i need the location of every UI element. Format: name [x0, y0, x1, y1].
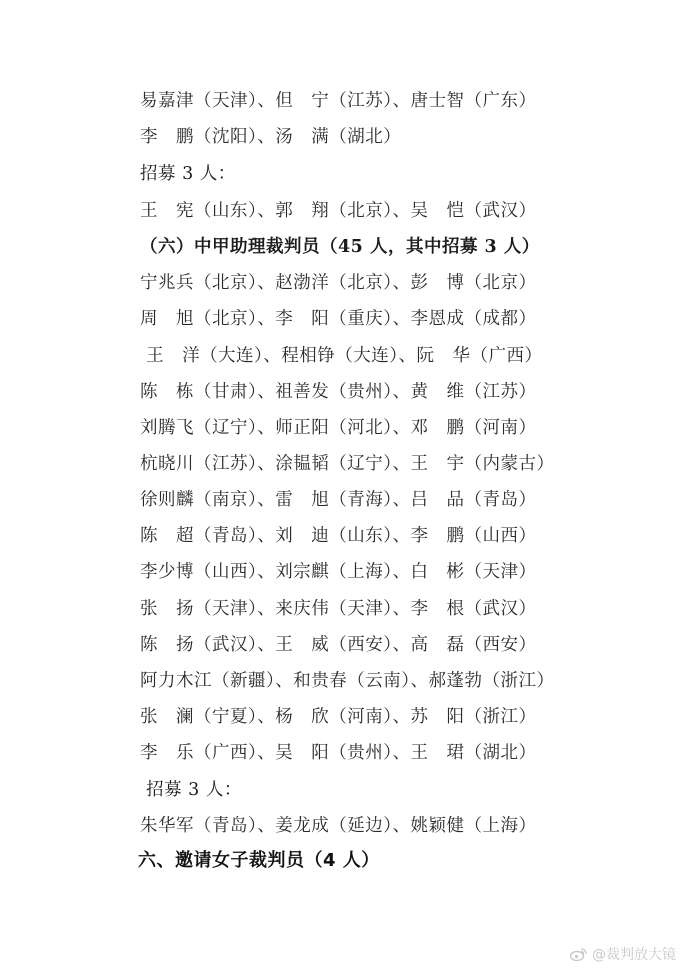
weibo-icon: [570, 947, 588, 961]
referee-name-row: 李少博（山西）、刘宗麒（上海）、白 彬（天津）: [140, 561, 537, 583]
recruit-label: 招募 3 人：: [140, 779, 242, 801]
referee-name-row: 李 鹏（沈阳）、汤 满（湖北）: [140, 126, 401, 148]
referee-name-row: 朱华军（青岛）、姜龙成（延边）、姚颖健（上海）: [140, 815, 537, 837]
referee-name-row: 易嘉津（天津）、但 宁（江苏）、唐士智（广东）: [140, 90, 537, 112]
referee-name-row: 刘腾飞（辽宁）、师正阳（河北）、邓 鹏（河南）: [140, 417, 537, 439]
referee-name-row: 陈 超（青岛）、刘 迪（山东）、李 鹏（山西）: [140, 525, 537, 547]
section-heading: 六、邀请女子裁判员（4 人）: [138, 850, 380, 872]
referee-name-row: 王 宪（山东）、郭 翔（北京）、吴 恺（武汉）: [140, 200, 537, 222]
watermark: @裁判放大镜: [570, 944, 676, 964]
referee-name-row: 宁兆兵（北京）、赵渤洋（北京）、彭 博（北京）: [140, 272, 537, 294]
referee-name-row: 陈 扬（武汉）、王 威（西安）、高 磊（西安）: [140, 634, 537, 656]
referee-name-row: 张 澜（宁夏）、杨 欣（河南）、苏 阳（浙江）: [140, 706, 537, 728]
section-subheading: （六）中甲助理裁判员（45 人，其中招募 3 人）: [140, 236, 540, 258]
referee-name-row: 李 乐（广西）、吴 阳（贵州）、王 珺（湖北）: [140, 742, 537, 764]
referee-name-row: 周 旭（北京）、李 阳（重庆）、李恩成（成都）: [140, 308, 537, 330]
referee-name-row: 杭晓川（江苏）、涂韫韬（辽宁）、王 宇（内蒙古）: [140, 453, 555, 475]
referee-name-row: 张 扬（天津）、来庆伟（天津）、李 根（武汉）: [140, 598, 537, 620]
referee-name-row: 陈 栋（甘肃）、祖善发（贵州）、黄 维（江苏）: [140, 381, 537, 403]
referee-name-row: 王 洋（大连）、程相铮（大连）、阮 华（广西）: [140, 345, 543, 367]
watermark-text: @裁判放大镜: [592, 944, 676, 964]
referee-name-row: 徐则麟（南京）、雷 旭（青海）、吕 品（青岛）: [140, 489, 537, 511]
recruit-label: 招募 3 人：: [140, 163, 236, 185]
referee-name-row: 阿力木江（新疆）、和贵春（云南）、郝蓬勃（浙江）: [140, 670, 555, 692]
